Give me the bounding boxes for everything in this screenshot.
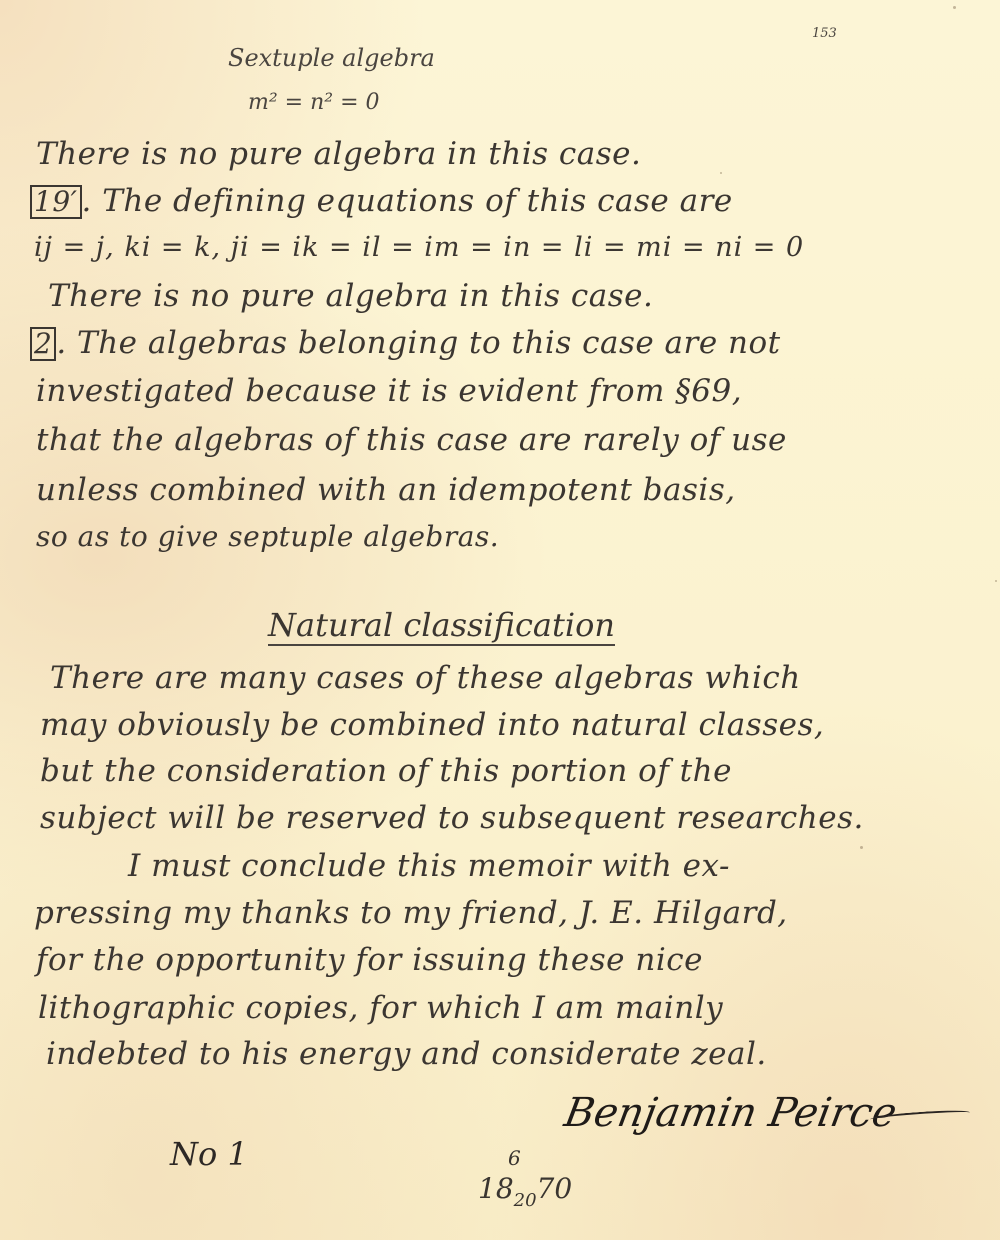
paper-speck: [953, 6, 956, 9]
text-line: pressing my thanks to my friend, J. E. H…: [34, 895, 788, 931]
text-line: unless combined with an idempotent basis…: [36, 472, 736, 508]
text-line: indebted to his energy and considerate z…: [46, 1036, 767, 1072]
date-subscript: 20: [514, 1190, 537, 1211]
text-line: subject will be reserved to subsequent r…: [40, 800, 864, 836]
paragraph-19-first-line: 19′. The defining equations of this case…: [30, 183, 733, 219]
paragraph-2-first-line: 2. The algebras belonging to this case a…: [30, 325, 781, 361]
text-line: so as to give septuple algebras.: [36, 520, 499, 553]
equation-line: ij = j, ki = k, ji = ik = il = im = in =…: [34, 232, 804, 263]
paragraph-label: 2: [30, 327, 56, 361]
text-line: but the consideration of this portion of…: [40, 753, 732, 789]
text-line: . The defining equations of this case ar…: [82, 183, 733, 219]
date-superscript: 6: [508, 1146, 521, 1170]
text-line: lithographic copies, for which I am main…: [38, 990, 723, 1026]
text-line: There are many cases of these algebras w…: [50, 660, 801, 696]
page-number: 153: [812, 26, 837, 41]
date-end: 70: [537, 1172, 573, 1205]
text-line: for the opportunity for issuing these ni…: [36, 942, 703, 978]
section-title: Sextuple algebra: [228, 44, 435, 72]
text-line: There is no pure algebra in this case.: [48, 278, 653, 314]
manuscript-page: 153 Sextuple algebra m² = n² = 0 There i…: [0, 0, 1000, 1240]
text-line: There is no pure algebra in this case.: [36, 136, 641, 172]
paper-speck: [995, 580, 997, 582]
catalog-number: No 1: [170, 1135, 248, 1173]
section-heading: Natural classification: [268, 606, 615, 646]
text-line: that the algebras of this case are rarel…: [36, 422, 787, 458]
text-line: I must conclude this memoir with ex-: [128, 848, 730, 884]
text-line: may obviously be combined into natural c…: [40, 707, 824, 743]
date-annotation: 6 182070: [478, 1172, 572, 1205]
paper-speck: [720, 172, 722, 174]
paper-speck: [860, 846, 863, 849]
date-main: 18: [478, 1172, 514, 1205]
text-line: . The algebras belonging to this case ar…: [56, 325, 780, 361]
signature: Benjamin Peirce: [561, 1090, 900, 1136]
text-line: investigated because it is evident from …: [36, 373, 742, 409]
title-equation: m² = n² = 0: [248, 90, 380, 115]
paragraph-label: 19′: [30, 185, 82, 219]
